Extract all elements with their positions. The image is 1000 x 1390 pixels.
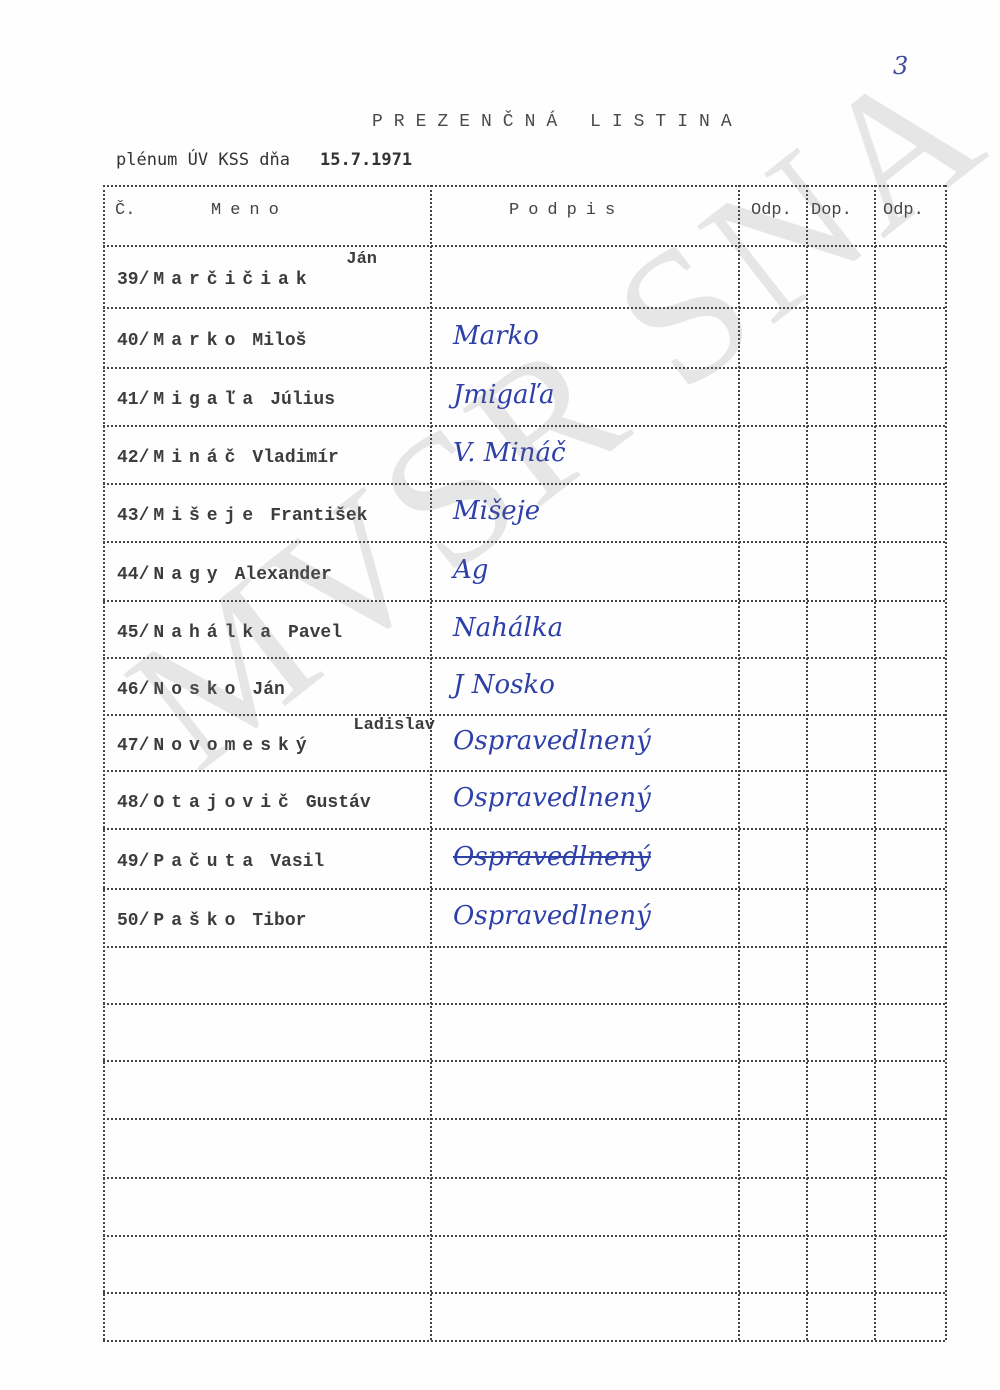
- signature: Mišeje: [453, 496, 540, 526]
- table-row: 43/MišejeFrantišekMišeje: [103, 483, 945, 541]
- row-number: 39/: [117, 270, 149, 290]
- row-number: 50/: [117, 911, 149, 931]
- member-name: 45/NahálkaPavel: [117, 623, 342, 643]
- given-name: Július: [270, 390, 335, 410]
- member-name: 41/MigaľaJúlius: [117, 390, 335, 410]
- table-row: [103, 1292, 945, 1340]
- member-name: 40/MarkoMiloš: [117, 331, 306, 351]
- table-row: [103, 1177, 945, 1235]
- surname: Marko: [153, 331, 242, 351]
- member-name: 43/MišejeFrantišek: [117, 506, 367, 526]
- attendance-table: Č. Meno Podpis Odp. Dop. Odp. 39/Marčiči…: [103, 185, 945, 1340]
- signature: Ospravedlnený: [453, 783, 651, 813]
- page-number: 3: [893, 52, 908, 80]
- surname: Migaľa: [153, 390, 260, 410]
- header-signature: Podpis: [509, 201, 624, 220]
- row-number: 48/: [117, 793, 149, 813]
- member-name: 39/MarčičiakJán: [117, 270, 317, 290]
- given-name: Gustáv: [306, 793, 371, 813]
- row-number: 43/: [117, 506, 149, 526]
- member-name: 42/MináčVladimír: [117, 448, 339, 468]
- signature: Ag: [453, 555, 488, 585]
- row-number: 49/: [117, 852, 149, 872]
- surname: Otajovič: [153, 793, 295, 813]
- table-row: 42/MináčVladimírV. Mináč: [103, 425, 945, 483]
- table-row: [103, 1003, 945, 1060]
- row-number: 44/: [117, 565, 149, 585]
- signature: Ospravedlnený: [453, 842, 651, 872]
- meeting-info: plénum ÚV KSS dňa15.7.1971: [116, 150, 412, 170]
- member-name: 46/NoskoJán: [117, 680, 285, 700]
- given-name: Ján: [252, 680, 284, 700]
- surname: Pačuta: [153, 852, 260, 872]
- meeting-date: 15.7.1971: [320, 150, 412, 170]
- table-row: 50/PaškoTiborOspravedlnený: [103, 888, 945, 946]
- surname: Mišeje: [153, 506, 260, 526]
- given-name: Ján: [346, 250, 377, 269]
- surname: Nahálka: [153, 623, 278, 643]
- given-name: Pavel: [288, 623, 342, 643]
- signature: Jmigaľa: [453, 380, 554, 410]
- given-name: Alexander: [235, 565, 332, 585]
- signature: Nahálka: [453, 613, 563, 643]
- surname: Mináč: [153, 448, 242, 468]
- row-divider: [103, 1340, 945, 1342]
- surname: Novomeský: [153, 736, 313, 756]
- table-row: 47/NovomeskýLadislavOspravedlnený: [103, 714, 945, 770]
- table-row: [103, 1060, 945, 1118]
- signature: Marko: [453, 321, 539, 351]
- member-name: 44/NagyAlexander: [117, 565, 332, 585]
- header-odp-2: Odp.: [883, 201, 924, 220]
- row-number: 40/: [117, 331, 149, 351]
- given-name: Miloš: [252, 331, 306, 351]
- table-row: 44/NagyAlexanderAg: [103, 541, 945, 600]
- member-name: 50/PaškoTibor: [117, 911, 306, 931]
- column-divider: [945, 185, 947, 1340]
- header-odp-1: Odp.: [751, 201, 792, 220]
- signature: V. Mináč: [453, 438, 566, 468]
- table-row: [103, 1118, 945, 1177]
- given-name: Tibor: [252, 911, 306, 931]
- given-name: Vasil: [270, 852, 324, 872]
- table-row: [103, 1235, 945, 1292]
- surname: Nagy: [153, 565, 224, 585]
- header-name: Meno: [211, 201, 288, 220]
- table-row: 48/OtajovičGustávOspravedlnený: [103, 770, 945, 828]
- table-row: 40/MarkoMilošMarko: [103, 307, 945, 367]
- given-name: Vladimír: [252, 448, 338, 468]
- table-row: 49/PačutaVasilOspravedlnený: [103, 828, 945, 888]
- signature: J Nosko: [453, 670, 555, 700]
- member-name: 47/NovomeskýLadislav: [117, 736, 417, 756]
- surname: Marčičiak: [153, 270, 313, 290]
- row-divider: [103, 185, 945, 187]
- row-number: 41/: [117, 390, 149, 410]
- table-row: [103, 946, 945, 1003]
- header-number: Č.: [115, 201, 135, 220]
- surname: Paško: [153, 911, 242, 931]
- table-row: 45/NahálkaPavelNahálka: [103, 600, 945, 657]
- row-number: 47/: [117, 736, 149, 756]
- row-number: 46/: [117, 680, 149, 700]
- table-row: 39/MarčičiakJán: [103, 245, 945, 307]
- signature: Ospravedlnený: [453, 901, 651, 931]
- member-name: 48/OtajovičGustáv: [117, 793, 371, 813]
- table-row: 46/NoskoJánJ Nosko: [103, 657, 945, 714]
- member-name: 49/PačutaVasil: [117, 852, 324, 872]
- row-number: 42/: [117, 448, 149, 468]
- signature: Ospravedlnený: [453, 726, 651, 756]
- header-dop: Dop.: [811, 201, 852, 220]
- table-row: 41/MigaľaJúliusJmigaľa: [103, 367, 945, 425]
- document-title: PREZENČNÁ LISTINA: [372, 112, 743, 132]
- given-name: František: [270, 506, 367, 526]
- surname: Nosko: [153, 680, 242, 700]
- row-number: 45/: [117, 623, 149, 643]
- meeting-label: plénum ÚV KSS dňa: [116, 150, 290, 170]
- given-name: Ladislav: [353, 716, 435, 735]
